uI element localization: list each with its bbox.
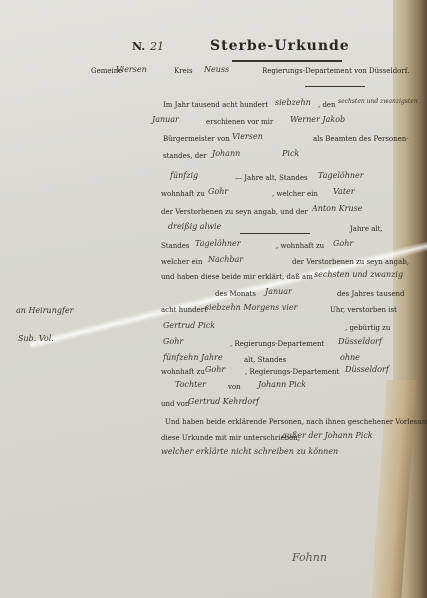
- header-rule: [305, 86, 365, 87]
- body-line-13-printed2: Uhr, verstorben ist: [330, 306, 397, 314]
- body-line-10-hand: Nachbar: [208, 255, 243, 264]
- body-line-17-printed2: , Regierungs-Departement: [245, 368, 339, 376]
- body-line-13-hand: siebzehn Morgens vier: [205, 303, 297, 312]
- body-line-4-printed: standes, der: [163, 152, 207, 160]
- body-line-7-hand: Anton Kruse: [312, 204, 362, 213]
- body-line-8-hand: dreißig alwie: [168, 222, 221, 231]
- body-line-9-printed2: , wohnhaft zu: [276, 242, 324, 250]
- body-line-1-hand2: sechsten und zwanzigsten: [338, 98, 418, 105]
- body-line-16-hand: fünfzehn Jahre: [163, 353, 223, 362]
- body-line-3-printed2: als Beamten des Personen-: [313, 135, 409, 143]
- body-line-9-hand2: Gohr: [333, 239, 353, 248]
- body-line-4-hand2: Pick: [282, 149, 299, 158]
- body-line-15-hand: Gohr: [163, 337, 183, 346]
- body-line-7-printed: der Verstorbenen zu seyn angab, und der: [161, 208, 308, 216]
- kreis-label: Kreis: [174, 67, 193, 75]
- body-line-9-hand: Tagelöhner: [195, 239, 241, 248]
- body-line-2-hand: Januar: [152, 115, 179, 124]
- margin-note-line-1: an Heirungfer: [16, 306, 74, 315]
- kreis-value: Neuss: [204, 65, 229, 74]
- body-line-18-hand2: Johann Pick: [258, 380, 306, 389]
- document-title: Sterbe-Urkunde: [210, 38, 350, 54]
- body-line-17-printed: wohnhaft zu: [161, 368, 205, 376]
- body-line-3-hand: Viersen: [232, 132, 263, 141]
- body-line-16-hand2: ohne: [340, 353, 360, 362]
- body-line-20-printed: Und haben beide erklärende Personen, nac…: [165, 418, 427, 426]
- body-line-3-printed: Bürgermeister von: [163, 135, 230, 143]
- body-line-5-hand: fünfzig: [170, 171, 198, 180]
- body-line-14-hand: Gertrud Pick: [163, 321, 215, 330]
- body-line-19-printed: und von: [161, 400, 189, 408]
- body-line-18-printed: von: [228, 383, 241, 391]
- body-line-9-printed: Standes: [161, 242, 190, 250]
- body-line-11-printed: und haben diese beide mir erklärt, daß a…: [161, 273, 313, 281]
- body-line-22-hand: welcher erklärte nicht schreiben zu könn…: [161, 447, 338, 456]
- body-line-6-hand2: Vater: [333, 187, 355, 196]
- body-line-6-hand: Gohr: [208, 187, 228, 196]
- body-line-15-hand2: Düsseldorf: [338, 337, 382, 346]
- pencil-annotation: Fohnn: [292, 551, 327, 564]
- body-line-5-printed: — Jahre alt, Standes: [235, 174, 308, 182]
- body-line-12-printed2: des Jahres tausend: [337, 290, 404, 298]
- department-label: Regierungs-Departement von Düsseldorf.: [262, 67, 409, 75]
- body-line-10-printed: welcher ein: [161, 258, 202, 266]
- body-line-10-printed2: der Verstorbenen zu seyn angab,: [292, 258, 409, 266]
- body-line-14-printed: , gebürtig zu: [345, 324, 390, 332]
- gemeine-value: Viersen: [116, 65, 147, 74]
- body-line-4-hand: Johann: [212, 149, 240, 158]
- body-line-17-hand: Gohr: [205, 365, 225, 374]
- body-line-13-printed: acht hundert: [161, 306, 207, 314]
- body-line-1-hand: siebzehn: [275, 98, 311, 107]
- body-line-18-hand: Tochter: [175, 380, 206, 389]
- body-line-8-printed: Jahre alt,: [350, 225, 383, 233]
- body-line-1-printed: Im Jahr tausend acht hundert: [163, 101, 268, 109]
- body-line-15-printed: , Regierungs-Departement: [230, 340, 324, 348]
- body-line-6-printed: wohnhaft zu: [161, 190, 205, 198]
- body-line-12-printed: des Monats: [215, 290, 256, 298]
- body-line-12-hand: Januar: [265, 287, 292, 296]
- body-line-19-hand: Gertrud Kehrdorf: [188, 397, 259, 406]
- body-line-2-printed: erschienen vor mir: [206, 118, 273, 126]
- body-line-5-hand2: Tagelöhner: [318, 171, 364, 180]
- title-rule: [232, 60, 342, 62]
- body-line-2-hand2: Werner Jakob: [290, 115, 345, 124]
- certificate-number-label: N.: [132, 40, 145, 53]
- body-line-6-printed2: , welcher ein: [272, 190, 318, 198]
- body-line-11-hand: sechsten und zwanzig: [314, 270, 403, 279]
- margin-note-line-2: Sub. Vol.: [18, 334, 54, 343]
- body-line-16-printed: alt, Standes: [244, 356, 286, 364]
- body-line-21-hand: außer der Johann Pick: [282, 431, 373, 440]
- body-line-1-printed2: , den: [318, 101, 336, 109]
- body-line-17-hand2: Düsseldorf: [345, 365, 389, 374]
- body-line-8-rule: [240, 233, 310, 234]
- body-line-21-printed: diese Urkunde mit mir unterschrieben,: [161, 434, 300, 442]
- certificate-number-value: 21: [150, 40, 164, 53]
